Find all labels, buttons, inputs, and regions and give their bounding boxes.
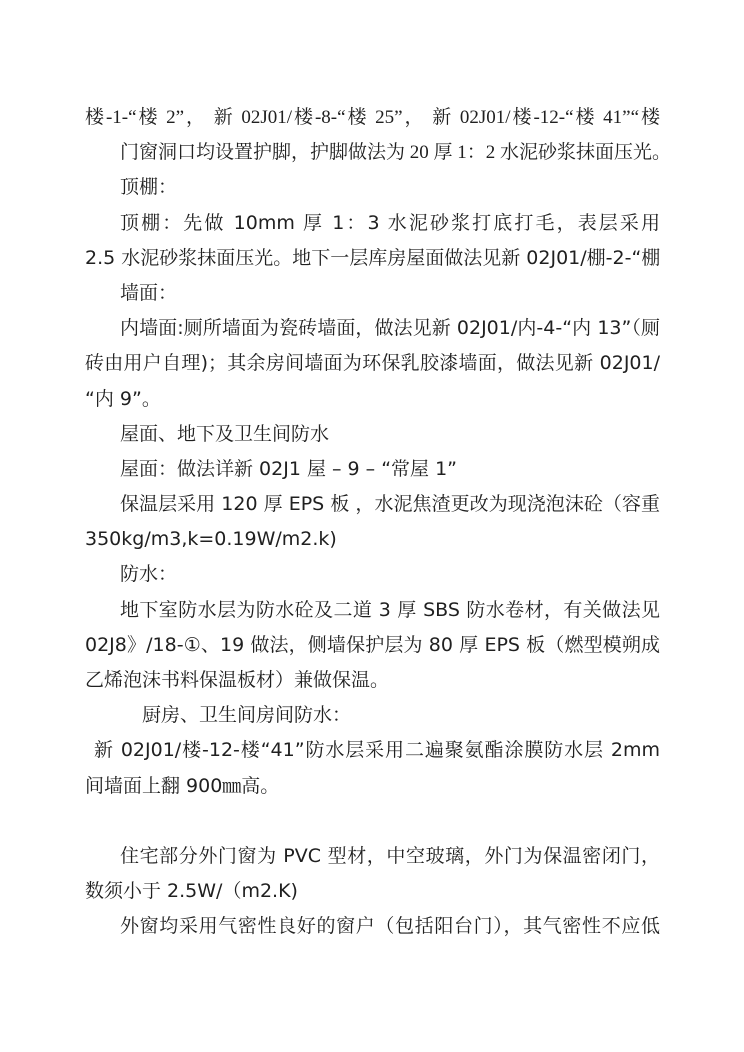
- blank-line: [85, 804, 660, 839]
- text-line: 地下室防水层为防水砼及二道 3 厚 SBS 防水卷材，有关做法见《新: [85, 593, 660, 628]
- text-line: 2.5 水泥砂浆抹面压光。地下一层库房屋面做法见新 02J01/棚-2-“棚 6…: [85, 241, 660, 276]
- text-line: 数须小于 2.5W/（m2.K): [85, 874, 660, 909]
- text-line: 顶棚：先做 10mm 厚 1：3 水泥砂浆打底打毛，表层采用 5mm 厚 1：: [85, 206, 660, 241]
- text-line: “内 9”。: [85, 382, 660, 417]
- text-line-heading: 防水：: [85, 557, 660, 592]
- text-line-heading: 厨房、卫生间房间防水：: [85, 698, 660, 733]
- text-line: 乙烯泡沫书料保温板材）兼做保温。: [85, 663, 660, 698]
- text-line: 楼-1-“楼 2”， 新 02J01/楼-8-“楼 25”， 新 02J01/楼…: [85, 100, 660, 135]
- text-line: 新 02J01/楼-12-楼“41”防水层采用二遍聚氨酯涂膜防水层 2mm 厚，…: [85, 733, 660, 768]
- text-line: 350kg/m3,k=0.19W/m2.k): [85, 522, 660, 557]
- text-line: 砖由用户自理)；其余房间墙面为环保乳胶漆墙面，做法见新 02J01/内-2-: [85, 346, 660, 381]
- text-line: 住宅部分外门窗为 PVC 型材，中空玻璃，外门为保温密闭门，传热系: [85, 839, 660, 874]
- text-line: 02J8》/18-①、19 做法，侧墙保护层为 80 厚 EPS 板（燃型模朔成…: [85, 628, 660, 663]
- text-line: 保温层采用 120 厚 EPS 板 ，水泥焦渣更改为现浇泡沫砼（容重: [85, 487, 660, 522]
- text-line: 屋面：做法详新 02J1 屋 – 9 – “常屋 1”: [85, 452, 660, 487]
- text-line: 间墙面上翻 900㎜高。: [85, 769, 660, 804]
- text-line-heading: 墙面：: [85, 276, 660, 311]
- text-line-heading: 屋面、地下及卫生间防水: [85, 417, 660, 452]
- text-line: 内墙面:厕所墙面为瓷砖墙面，做法见新 02J01/内-4-“内 13”（厕所瓷: [85, 311, 660, 346]
- text-line: 门窗洞口均设置护脚，护脚做法为 20 厚 1：2 水泥砂浆抹面压光。: [85, 135, 660, 170]
- text-line-heading: 顶棚：: [85, 170, 660, 205]
- document-page: 楼-1-“楼 2”， 新 02J01/楼-8-“楼 25”， 新 02J01/楼…: [0, 0, 744, 1052]
- text-line: 外窗均采用气密性良好的窗户（包括阳台门），其气密性不应低与《建: [85, 909, 660, 944]
